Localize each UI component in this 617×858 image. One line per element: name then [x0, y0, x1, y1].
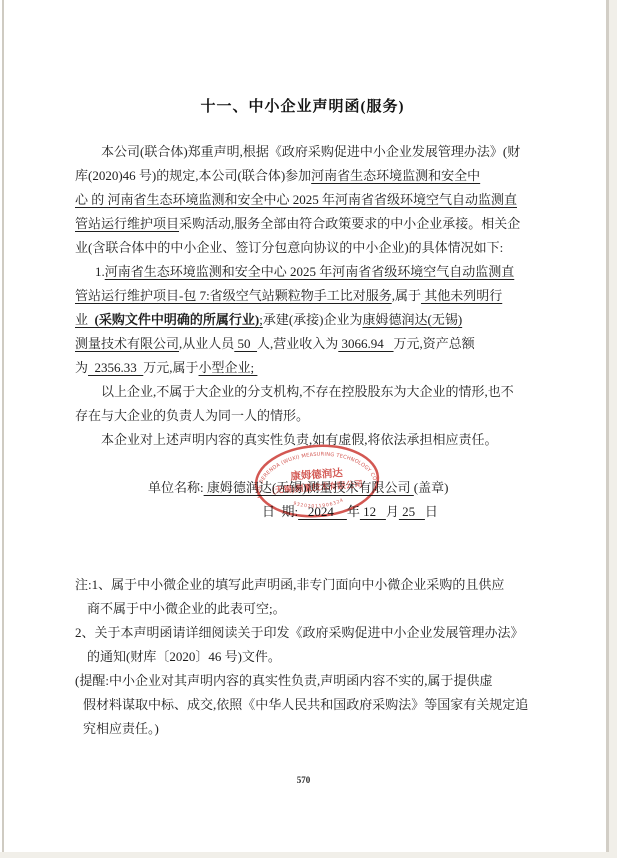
text-line: 为 2356.33 万元,属于小型企业;	[75, 356, 567, 380]
text-run: 承建(承接)企业为	[263, 312, 363, 327]
text-run: 库(2020)46 号)的规定,本公司(联合体)参加	[75, 168, 311, 183]
text-line: 心 的 河南省生态环境监测和安全中心 2025 年河南省省级环境空气自动监测直	[75, 188, 567, 212]
underlined-blank: 业	[75, 312, 95, 327]
text-run: 存在与大企业的负责人为同一人的情形。	[75, 408, 309, 423]
underlined-blank: 50	[234, 336, 257, 351]
document-title: 十一、中小企业声明函(服务)	[75, 95, 530, 116]
page-number: 570	[0, 775, 607, 785]
page-edge-bottom	[0, 852, 617, 858]
text-line: 注:1、属于中小微企业的填写此声明函,非专门面向中小微企业采购的且供应	[75, 573, 567, 597]
text-run: 单位名称:	[148, 480, 204, 495]
text-run: 的通知(财库〔2020〕46 号)文件。	[87, 649, 281, 664]
underlined-blank: 管站运行维护项目-包 7:省级空气站颗粒物手工比对服务	[75, 288, 392, 303]
seal-registration-number: 93202011906324	[292, 497, 345, 511]
underlined-blank: 3066.94	[338, 336, 393, 351]
underlined-blank: 心 的 河南省生态环境监测和安全中心 2025 年河南省省级环境空气自动监测直	[75, 192, 517, 207]
text-line: 业 (采购文件中明确的所属行业);承建(承接)企业为康姆德润达(无锡)	[75, 308, 567, 332]
company-seal-stamp: COMDE DERENDA (WUXI) MEASURING TECHNOLOG…	[237, 427, 397, 537]
text-line: 假材料谋取中标、成交,依照《中华人民共和国政府采购法》等国家有关规定追	[75, 693, 567, 717]
text-run: ,从业人员	[179, 336, 234, 351]
underlined-blank: 小型企业;	[199, 360, 258, 375]
text-run: 采购活动,服务全部由符合政策要求的中小企业承接。相关企	[179, 216, 520, 231]
underlined-blank: 河南省生态环境监测和安全中心 2025 年河南省省级环境空气自动监测直	[105, 264, 515, 279]
text-run: 1.	[95, 264, 105, 279]
underlined-blank: 其他未列明行	[421, 288, 502, 303]
svg-text:93202011906324: 93202011906324	[292, 497, 345, 511]
text-line: 商不属于中小微企业的此表可空;。	[75, 597, 567, 621]
text-run: 以上企业,不属于大企业的分支机构,不存在控股股东为大企业的情形,也不	[101, 384, 514, 399]
text-line: 测量技术有限公司,从业人员 50 人,营业收入为 3066.94 万元,资产总额	[75, 332, 567, 356]
text-run: 日	[425, 504, 438, 519]
text-line: 以上企业,不属于大企业的分支机构,不存在控股股东为大企业的情形,也不	[75, 380, 567, 404]
notes-block: 注:1、属于中小微企业的填写此声明函,非专门面向中小微企业采购的且供应商不属于中…	[75, 573, 567, 741]
text-line: (提醒:中小企业对其声明内容的真实性负责,声明函内容不实的,属于提供虚	[75, 669, 567, 693]
underlined-blank: 测量技术有限公司	[75, 336, 179, 351]
text-run: 商不属于中小微企业的此表可空;。	[87, 601, 286, 616]
text-line: 业(含联合体中的中小企业、签订分包意向协议的中小企业)的具体情况如下:	[75, 236, 567, 260]
text-run: 业(含联合体中的中小企业、签订分包意向协议的中小企业)的具体情况如下:	[75, 240, 503, 255]
text-line: 存在与大企业的负责人为同一人的情形。	[75, 404, 567, 428]
underlined-blank: 管站运行维护项目	[75, 216, 179, 231]
text-run: (提醒:中小企业对其声明内容的真实性负责,声明函内容不实的,属于提供虚	[75, 673, 492, 688]
text-run: 究相应责任。)	[83, 721, 159, 736]
page-edge-left	[2, 0, 4, 858]
text-run: ,属于	[392, 288, 421, 303]
text-run: 万元,资产总额	[394, 336, 475, 351]
underlined-blank: 2356.33	[88, 360, 143, 375]
page-edge-right-band	[609, 0, 617, 858]
text-line: 1.河南省生态环境监测和安全中心 2025 年河南省省级环境空气自动监测直	[75, 260, 567, 284]
text-run: (盖章)	[414, 480, 449, 495]
text-line: 的通知(财库〔2020〕46 号)文件。	[75, 645, 567, 669]
seal-company-name-cn2: (无锡)测量技术有限公司	[272, 479, 364, 495]
underlined-blank: 25	[399, 504, 425, 519]
document-page: { "doc": { "title": "十一、中小企业声明函(服务)", "p…	[0, 0, 617, 858]
text-run: 2、关于本声明函请详细阅读关于印发《政府采购促进中小企业发展管理办法》	[75, 625, 524, 640]
text-line: 2、关于本声明函请详细阅读关于印发《政府采购促进中小企业发展管理办法》	[75, 621, 567, 645]
text-run: 人,营业收入为	[257, 336, 338, 351]
text-line: 本公司(联合体)郑重声明,根据《政府采购促进中小企业发展管理办法》(财	[75, 140, 567, 164]
text-run: 假材料谋取中标、成交,依照《中华人民共和国政府采购法》等国家有关规定追	[83, 697, 528, 712]
text-line: 管站运行维护项目采购活动,服务全部由符合政策要求的中小企业承接。相关企	[75, 212, 567, 236]
text-line: 管站运行维护项目-包 7:省级空气站颗粒物手工比对服务,属于 其他未列明行	[75, 284, 567, 308]
underlined-blank: (采购文件中明确的所属行业)	[95, 312, 260, 327]
underlined-blank: 河南省生态环境监测和安全中	[311, 168, 480, 183]
text-run: 注:1、属于中小微企业的填写此声明函,非专门面向中小微企业采购的且供应	[75, 577, 504, 592]
text-run: 本公司(联合体)郑重声明,根据《政府采购促进中小企业发展管理办法》(财	[101, 144, 520, 159]
text-line: 究相应责任。)	[75, 717, 567, 741]
underlined-blank: 康姆德润达(无锡)	[362, 312, 462, 327]
declaration-body: 本公司(联合体)郑重声明,根据《政府采购促进中小企业发展管理办法》(财库(202…	[75, 140, 567, 452]
text-line: 库(2020)46 号)的规定,本公司(联合体)参加河南省生态环境监测和安全中	[75, 164, 567, 188]
text-run: 为	[75, 360, 88, 375]
text-run: 万元,属于	[143, 360, 198, 375]
